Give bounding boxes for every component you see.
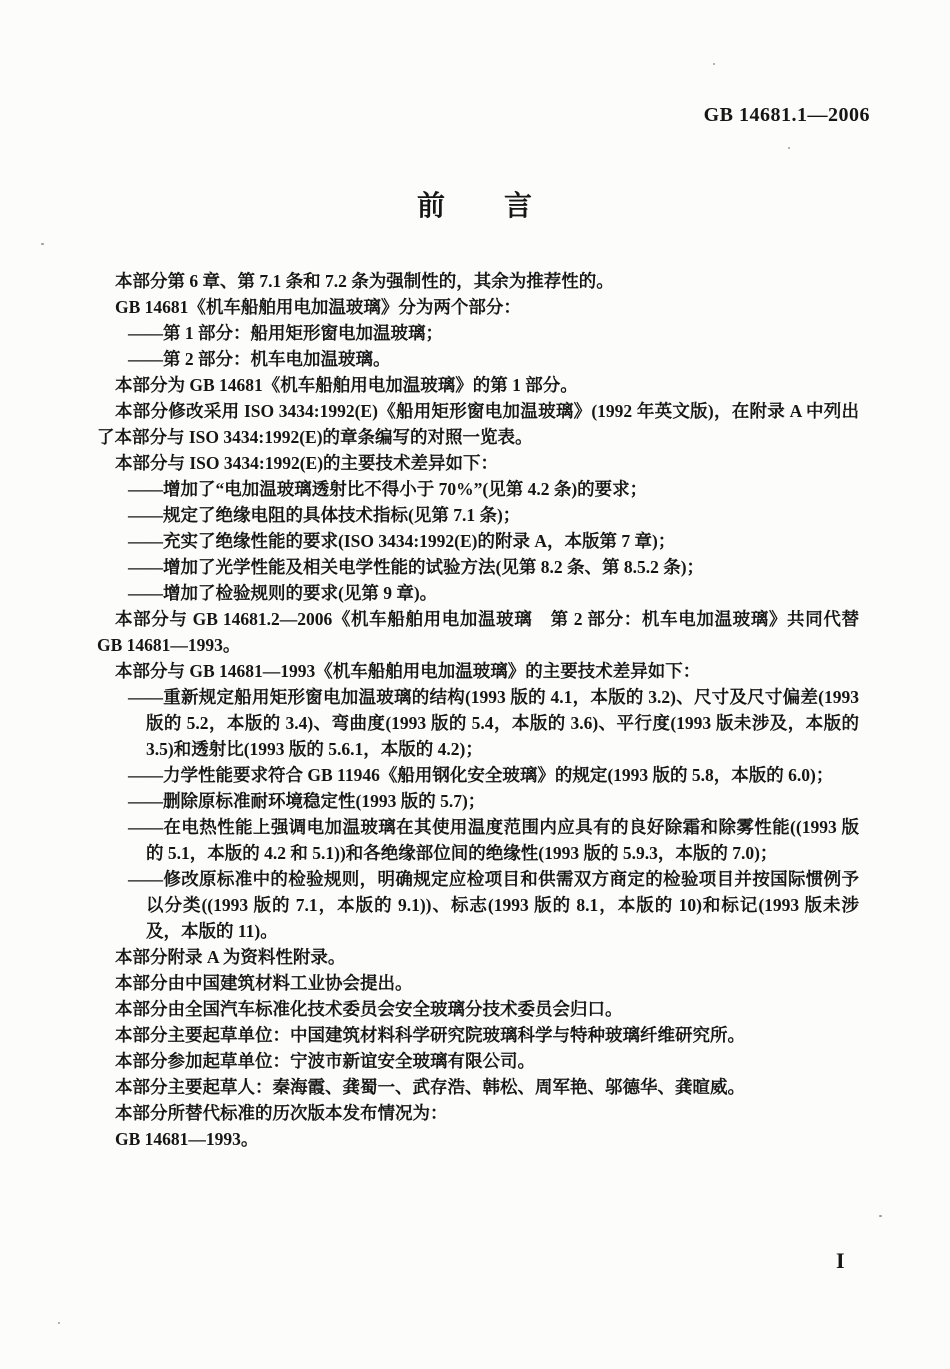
foreword-paragraph: 本部分由全国汽车标准化技术委员会安全玻璃分技术委员会归口。 <box>97 996 859 1022</box>
foreword-paragraph: 本部分参加起草单位：宁波市新谊安全玻璃有限公司。 <box>97 1048 859 1074</box>
foreword-paragraph: 本部分修改采用 ISO 3434:1992(E)《船用矩形窗电加温玻璃》(199… <box>97 398 859 450</box>
foreword-paragraph: ——规定了绝缘电阻的具体技术指标(见第 7.1 条)； <box>97 502 859 528</box>
foreword-paragraph: ——修改原标准中的检验规则，明确规定应检项目和供需双方商定的检验项目并按国际惯例… <box>97 866 859 944</box>
foreword-paragraph: 本部分主要起草单位：中国建筑材料科学研究院玻璃科学与特种玻璃纤维研究所。 <box>97 1022 859 1048</box>
foreword-paragraph: 本部分主要起草人：秦海霞、龚蜀一、武存浩、韩松、周军艳、邬德华、龚暄威。 <box>97 1074 859 1100</box>
scan-speck <box>879 1215 882 1217</box>
foreword-paragraph: ——第 1 部分：船用矩形窗电加温玻璃； <box>97 320 859 346</box>
foreword-paragraph: ——第 2 部分：机车电加温玻璃。 <box>97 346 859 372</box>
foreword-paragraph: ——增加了检验规则的要求(见第 9 章)。 <box>97 580 859 606</box>
foreword-paragraph: ——在电热性能上强调电加温玻璃在其使用温度范围内应具有的良好除霜和除雾性能((1… <box>97 814 859 866</box>
scan-speck <box>788 147 790 149</box>
foreword-body: 本部分第 6 章、第 7.1 条和 7.2 条为强制性的，其余为推荐性的。GB … <box>97 268 859 1152</box>
scan-speck <box>41 243 44 245</box>
foreword-paragraph: 本部分第 6 章、第 7.1 条和 7.2 条为强制性的，其余为推荐性的。 <box>97 268 859 294</box>
foreword-paragraph: ——删除原标准耐环境稳定性(1993 版的 5.7)； <box>97 788 859 814</box>
foreword-paragraph: 本部分与 GB 14681—1993《机车船舶用电加温玻璃》的主要技术差异如下： <box>97 658 859 684</box>
foreword-paragraph: 本部分与 GB 14681.2—2006《机车船舶用电加温玻璃 第 2 部分：机… <box>97 606 859 658</box>
foreword-paragraph: 本部分与 ISO 3434:1992(E)的主要技术差异如下： <box>97 450 859 476</box>
scan-speck <box>58 1322 60 1324</box>
foreword-paragraph: ——充实了绝缘性能的要求(ISO 3434:1992(E)的附录 A，本版第 7… <box>97 528 859 554</box>
foreword-paragraph: GB 14681—1993。 <box>97 1126 859 1152</box>
foreword-paragraph: 本部分所替代标准的历次版本发布情况为： <box>97 1100 859 1126</box>
foreword-paragraph: 本部分由中国建筑材料工业协会提出。 <box>97 970 859 996</box>
foreword-paragraph: ——重新规定船用矩形窗电加温玻璃的结构(1993 版的 4.1，本版的 3.2)… <box>97 684 859 762</box>
foreword-paragraph: ——增加了“电加温玻璃透射比不得小于 70%”(见第 4.2 条)的要求； <box>97 476 859 502</box>
foreword-paragraph: ——增加了光学性能及相关电学性能的试验方法(见第 8.2 条、第 8.5.2 条… <box>97 554 859 580</box>
foreword-paragraph: ——力学性能要求符合 GB 11946《船用钢化安全玻璃》的规定(1993 版的… <box>97 762 859 788</box>
foreword-paragraph: GB 14681《机车船舶用电加温玻璃》分为两个部分： <box>97 294 859 320</box>
page-title: 前 言 <box>0 184 950 224</box>
document-page: GB 14681.1—2006 前 言 本部分第 6 章、第 7.1 条和 7.… <box>0 0 950 1369</box>
standard-number-header: GB 14681.1—2006 <box>704 104 870 127</box>
foreword-paragraph: 本部分附录 A 为资料性附录。 <box>97 944 859 970</box>
foreword-paragraph: 本部分为 GB 14681《机车船舶用电加温玻璃》的第 1 部分。 <box>97 372 859 398</box>
scan-speck <box>713 63 715 65</box>
page-number: I <box>836 1248 845 1274</box>
